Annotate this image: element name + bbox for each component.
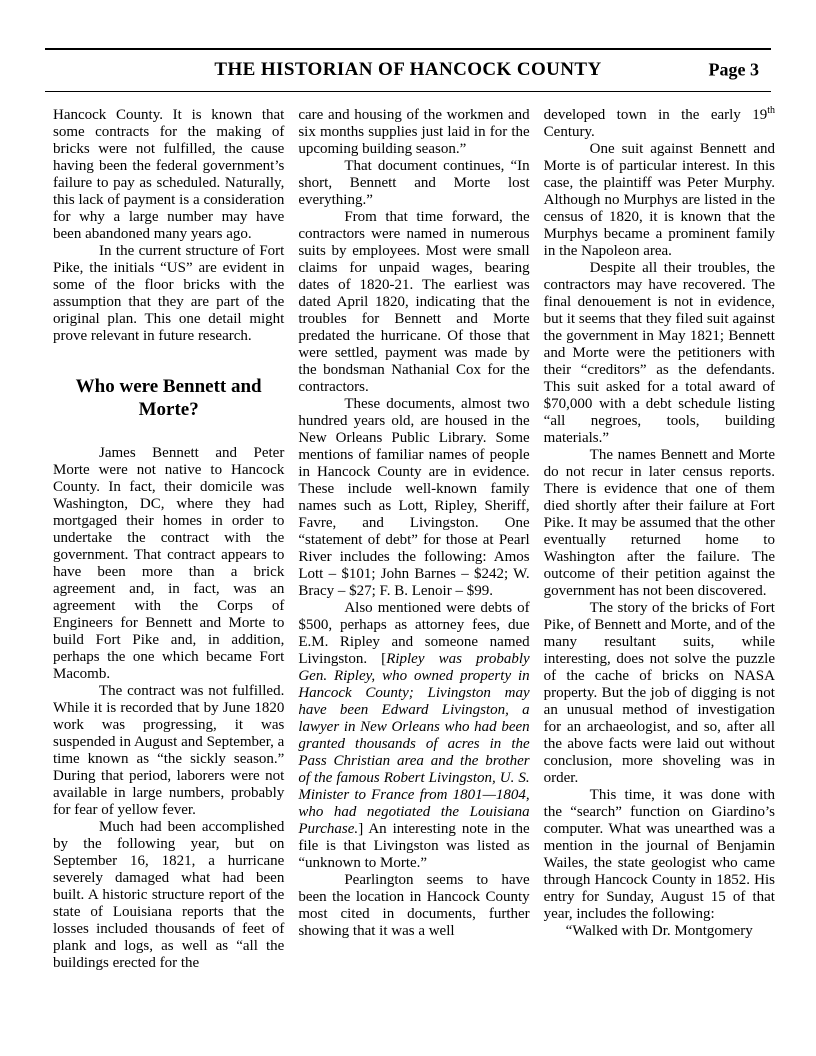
- header-row: THE HISTORIAN OF HANCOCK COUNTY Page 3: [45, 50, 771, 91]
- article-body: Hancock County. It is known that some co…: [0, 92, 816, 972]
- editorial-note-italic: Ripley was probably Gen. Ripley, who own…: [298, 651, 529, 837]
- paragraph: In the current structure of Fort Pike, t…: [53, 243, 284, 345]
- paragraph-with-editorial-note: Also mentioned were debts of $500, perha…: [298, 600, 529, 872]
- column-1: Hancock County. It is known that some co…: [53, 107, 284, 972]
- paragraph-text: developed town in the early 19: [544, 107, 768, 123]
- section-heading: Who were Bennett and Morte?: [59, 375, 278, 421]
- paragraph-text: Century.: [544, 124, 595, 140]
- paragraph: From that time forward, the contractors …: [298, 209, 529, 396]
- newsletter-page: THE HISTORIAN OF HANCOCK COUNTY Page 3 H…: [0, 0, 816, 1056]
- paragraph-continuation: developed town in the early 19th Century…: [544, 107, 775, 141]
- paragraph: James Bennett and Peter Morte were not n…: [53, 445, 284, 683]
- column-3: developed town in the early 19th Century…: [544, 107, 775, 972]
- paragraph: The contract was not fulfilled. While it…: [53, 683, 284, 819]
- page-title: THE HISTORIAN OF HANCOCK COUNTY: [45, 59, 771, 81]
- paragraph-continuation: Hancock County. It is known that some co…: [53, 107, 284, 243]
- ordinal-superscript: th: [767, 105, 775, 116]
- page-number: Page 3: [709, 60, 759, 81]
- paragraph: Pearlington seems to have been the locat…: [298, 872, 529, 940]
- paragraph: This time, it was done with the “search”…: [544, 787, 775, 923]
- page-header: THE HISTORIAN OF HANCOCK COUNTY Page 3: [0, 0, 816, 92]
- paragraph: One suit against Bennett and Morte is of…: [544, 141, 775, 260]
- paragraph: Much had been accomplished by the follow…: [53, 819, 284, 972]
- paragraph-continuation: care and housing of the workmen and six …: [298, 107, 529, 158]
- paragraph: The story of the bricks of Fort Pike, of…: [544, 600, 775, 787]
- column-2: care and housing of the workmen and six …: [298, 107, 529, 972]
- paragraph: These documents, almost two hundred year…: [298, 396, 529, 600]
- paragraph: The names Bennett and Morte do not recur…: [544, 447, 775, 600]
- paragraph: Despite all their troubles, the contract…: [544, 260, 775, 447]
- paragraph: That document continues, “In short, Benn…: [298, 158, 529, 209]
- quotation-paragraph: “Walked with Dr. Montgomery: [544, 923, 775, 940]
